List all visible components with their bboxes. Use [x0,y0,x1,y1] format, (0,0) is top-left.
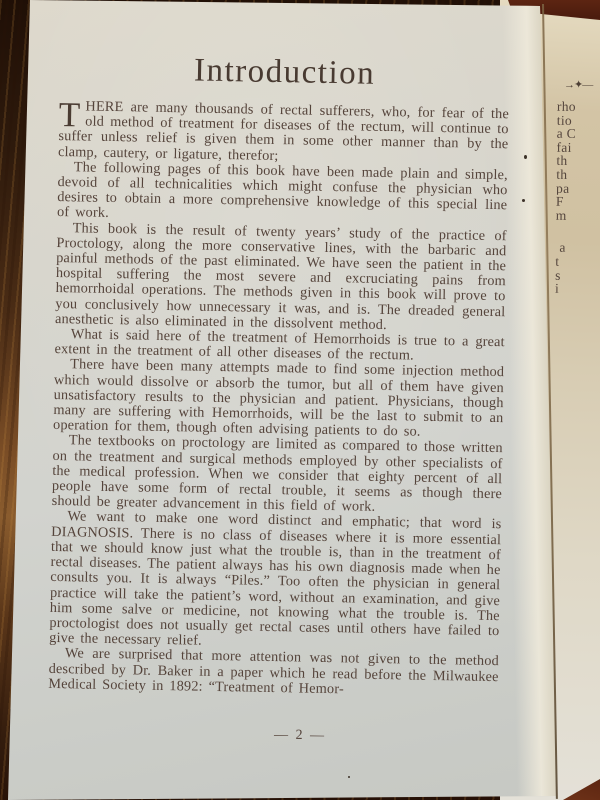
next-page-line: fai [556,141,600,155]
next-page-line: rho [557,100,600,114]
next-page-text-fragments: rho tio a C fai th th pa F m a t s i [555,100,600,296]
paper-speck [348,776,350,778]
paper-speck [522,199,525,202]
paragraph: This book is the result of twenty years’… [55,221,507,336]
paragraph: There have been many attempts made to fi… [53,357,504,441]
next-page-line: pa [556,181,600,195]
drop-cap: T [59,99,86,128]
page-title: Introduction [59,50,510,95]
next-page-line: th [556,154,600,168]
next-page-line: t [555,255,599,269]
paragraph: We are surprised that more attention was… [48,646,499,700]
paper-speck [524,155,527,159]
next-page-line: a C [557,127,600,141]
next-page-line: s [555,268,599,282]
page-text-block: Introduction THERE are many thousands of… [48,50,510,700]
paragraph: THERE are many thousands of rectal suffe… [58,99,509,168]
book-photo: →✦— rho tio a C fai th th pa F m a t s i… [0,0,600,800]
paragraph: The textbooks on proctology are limited … [52,433,503,517]
paragraph: We want to make one word distinct and em… [49,509,501,654]
next-page-line: a [555,241,599,255]
page-number: — 2 — [0,724,600,748]
main-page: Introduction THERE are many thousands of… [0,0,600,800]
next-page-line: m [556,209,600,223]
paragraph: The following pages of this book have be… [57,160,508,229]
paragraph-text: HERE are many thousands of rectal suffer… [58,98,509,163]
next-page-line: F [556,195,600,209]
next-page-line: th [556,168,600,182]
next-page-line: tio [557,113,600,127]
next-page-line: i [555,282,599,296]
divider-ornament-icon: →✦— [564,78,592,91]
